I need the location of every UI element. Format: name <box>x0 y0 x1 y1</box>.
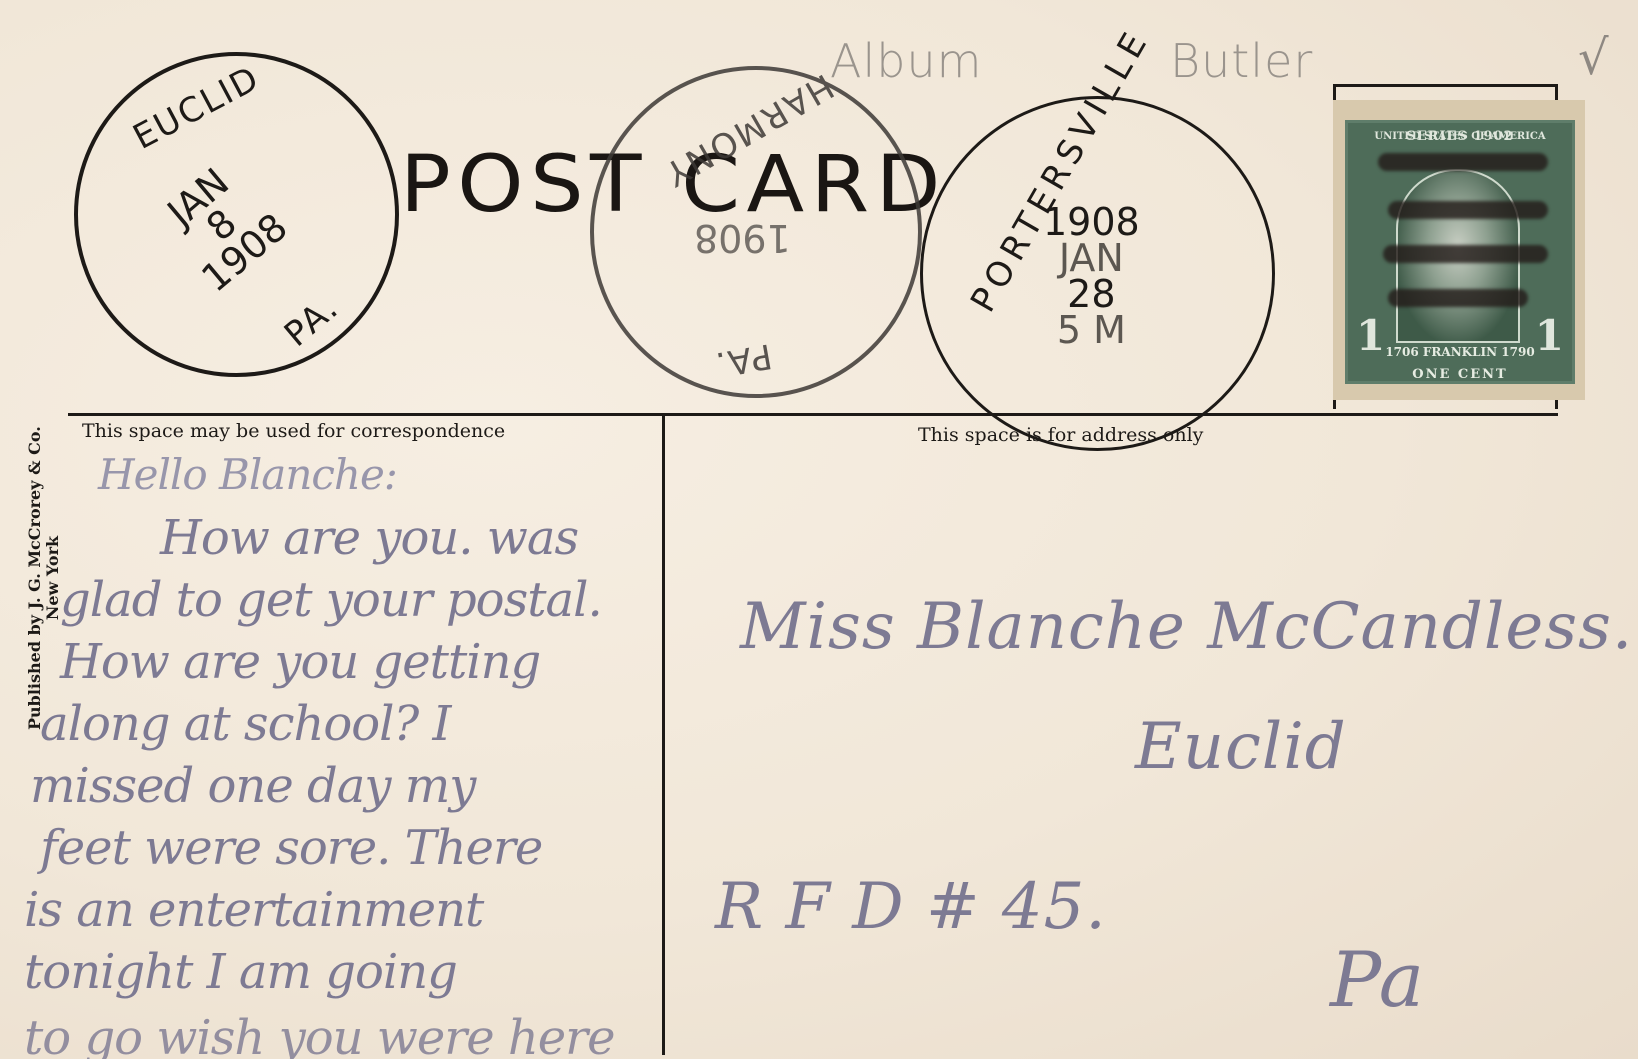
postmark-portersville: PORTERSVILLE 1908 JAN 28 5 M <box>920 96 1275 451</box>
message-line: How are you. was <box>160 510 578 566</box>
postmark-town: HARMONY <box>657 65 840 194</box>
message-line: missed one day my <box>30 758 475 814</box>
postmark-year: 1908 <box>694 220 791 256</box>
cancel-bar <box>1388 201 1548 219</box>
pencil-check-icon: √ <box>1578 30 1609 86</box>
address-route: R F D # 45. <box>715 870 1107 944</box>
franklin-stamp: SERIES 1902 UNITED STATES OF AMERICA 1 1… <box>1333 100 1585 400</box>
postmark-time: 5 M <box>1043 312 1140 348</box>
message-line: tonight I am going <box>24 944 457 1000</box>
message-line: How are you getting <box>60 634 540 690</box>
postmark-state: PA. <box>277 287 347 355</box>
address-label: This space is for address only <box>918 424 1203 446</box>
stamp-name: 1706 FRANKLIN 1790 <box>1348 345 1572 359</box>
cancel-bar <box>1388 289 1528 307</box>
cancel-bar <box>1383 245 1548 263</box>
postmark-euclid: EUCLID JAN 8 1908 PA. <box>74 52 399 377</box>
vertical-divider <box>662 415 665 1055</box>
address-town: Euclid <box>1135 710 1347 784</box>
postmark-harmony: HARMONY 1908 PA. <box>590 66 922 398</box>
message-line: Hello Blanche: <box>98 450 397 499</box>
postmark-town: EUCLID <box>127 58 267 158</box>
message-line: to go wish you were here <box>24 1010 615 1059</box>
postcard-back: Album Butler √ POST CARD EUCLID JAN 8 19… <box>0 0 1638 1059</box>
stamp-denomination: ONE CENT <box>1348 367 1572 382</box>
postmark-state: PA. <box>711 335 775 384</box>
message-line: is an entertainment <box>24 882 483 938</box>
postmark-day: 28 <box>1043 276 1140 312</box>
pencil-note-album: Album <box>830 34 982 88</box>
address-name: Miss Blanche McCandless. <box>740 590 1633 664</box>
cancel-bar <box>1378 153 1548 171</box>
postmark-date: JAN 8 1908 <box>150 153 294 298</box>
message-line: along at school? I <box>40 696 450 752</box>
stamp-design: SERIES 1902 UNITED STATES OF AMERICA 1 1… <box>1345 120 1575 384</box>
publisher-imprint: Published by J. G. McCrorey & Co. New Yo… <box>26 426 62 730</box>
stamp-country: UNITED STATES OF AMERICA <box>1348 131 1572 142</box>
postmark-date: 1908 JAN 28 5 M <box>1043 204 1140 348</box>
pencil-note-butler: Butler <box>1170 34 1313 88</box>
message-line: feet were sore. There <box>40 820 542 876</box>
postmark-month: JAN <box>1043 240 1140 276</box>
address-state: Pa <box>1330 935 1425 1024</box>
postmark-date: 1908 <box>694 220 791 256</box>
publisher-line-1: Published by J. G. McCrorey & Co. <box>26 426 44 730</box>
horizontal-divider <box>68 413 1558 416</box>
correspondence-label: This space may be used for correspondenc… <box>82 420 505 442</box>
postmark-year: 1908 <box>1043 204 1140 240</box>
message-line: glad to get your postal. <box>60 572 602 628</box>
